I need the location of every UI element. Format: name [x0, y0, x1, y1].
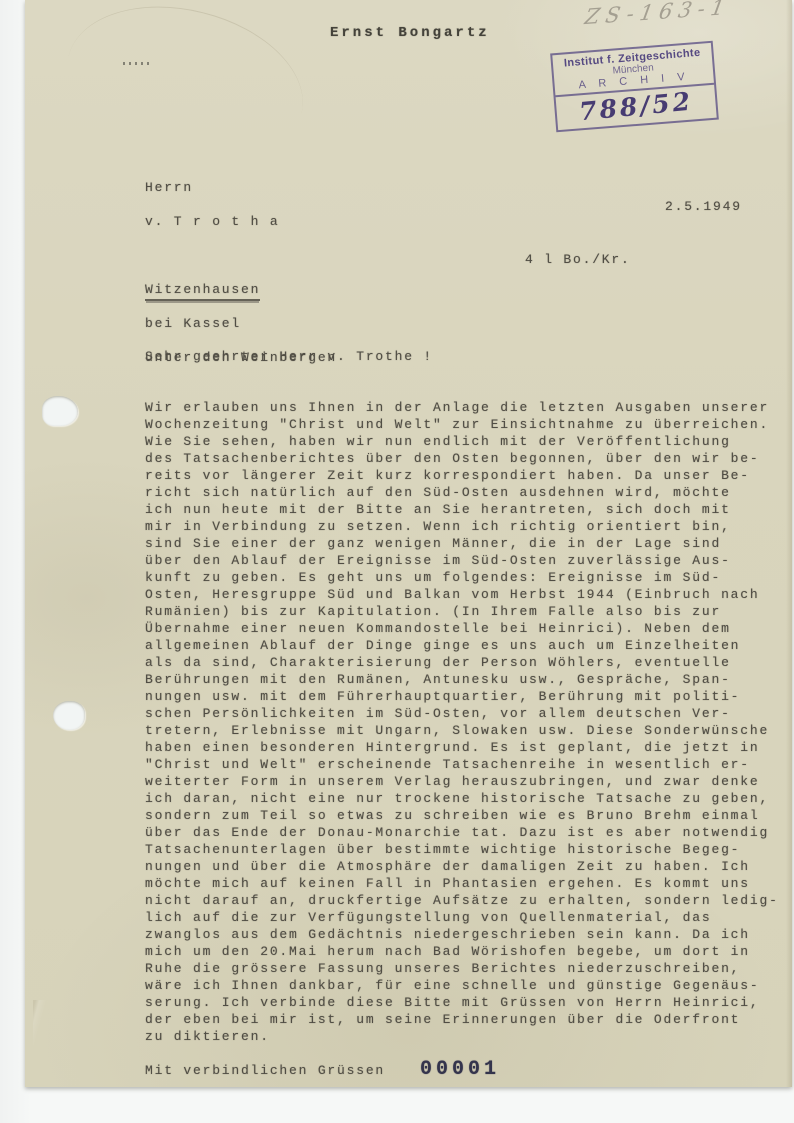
- address-gap: [145, 247, 337, 264]
- sender-name: Ernst Bongartz: [330, 25, 490, 41]
- letter-page: Ernst Bongartz ZS-163-1 Institut f. Zeit…: [25, 0, 792, 1087]
- paper-speck: [123, 62, 149, 65]
- paper-damage-hole: [53, 701, 85, 730]
- letter-body-block: Wir erlauben uns Ihnen in der Anlage die…: [145, 382, 794, 1096]
- salutation: Sehr geehrter Herr v. Trothe !: [145, 348, 433, 365]
- recipient-district: bei Kassel: [145, 315, 337, 332]
- paper-crease: [50, 0, 319, 187]
- paper-damage-hole: [42, 396, 78, 426]
- recipient-name: v. T r o t h a: [145, 213, 337, 230]
- paper-crease: [33, 1000, 123, 1080]
- archive-stamp: Institut f. Zeitgeschichte München A R C…: [550, 41, 719, 133]
- recipient-salutation-line: Herrn: [145, 179, 337, 196]
- letter-reference: 4 l Bo./Kr.: [525, 251, 631, 268]
- archive-pencil-number: ZS-163-1: [583, 0, 732, 29]
- page-number-stamp: 00001: [420, 1058, 500, 1081]
- letter-body-text: Wir erlauben uns Ihnen in der Anlage die…: [145, 399, 794, 1045]
- recipient-town: Witzenhausen: [145, 281, 260, 301]
- letter-date: 2.5.1949: [665, 198, 742, 215]
